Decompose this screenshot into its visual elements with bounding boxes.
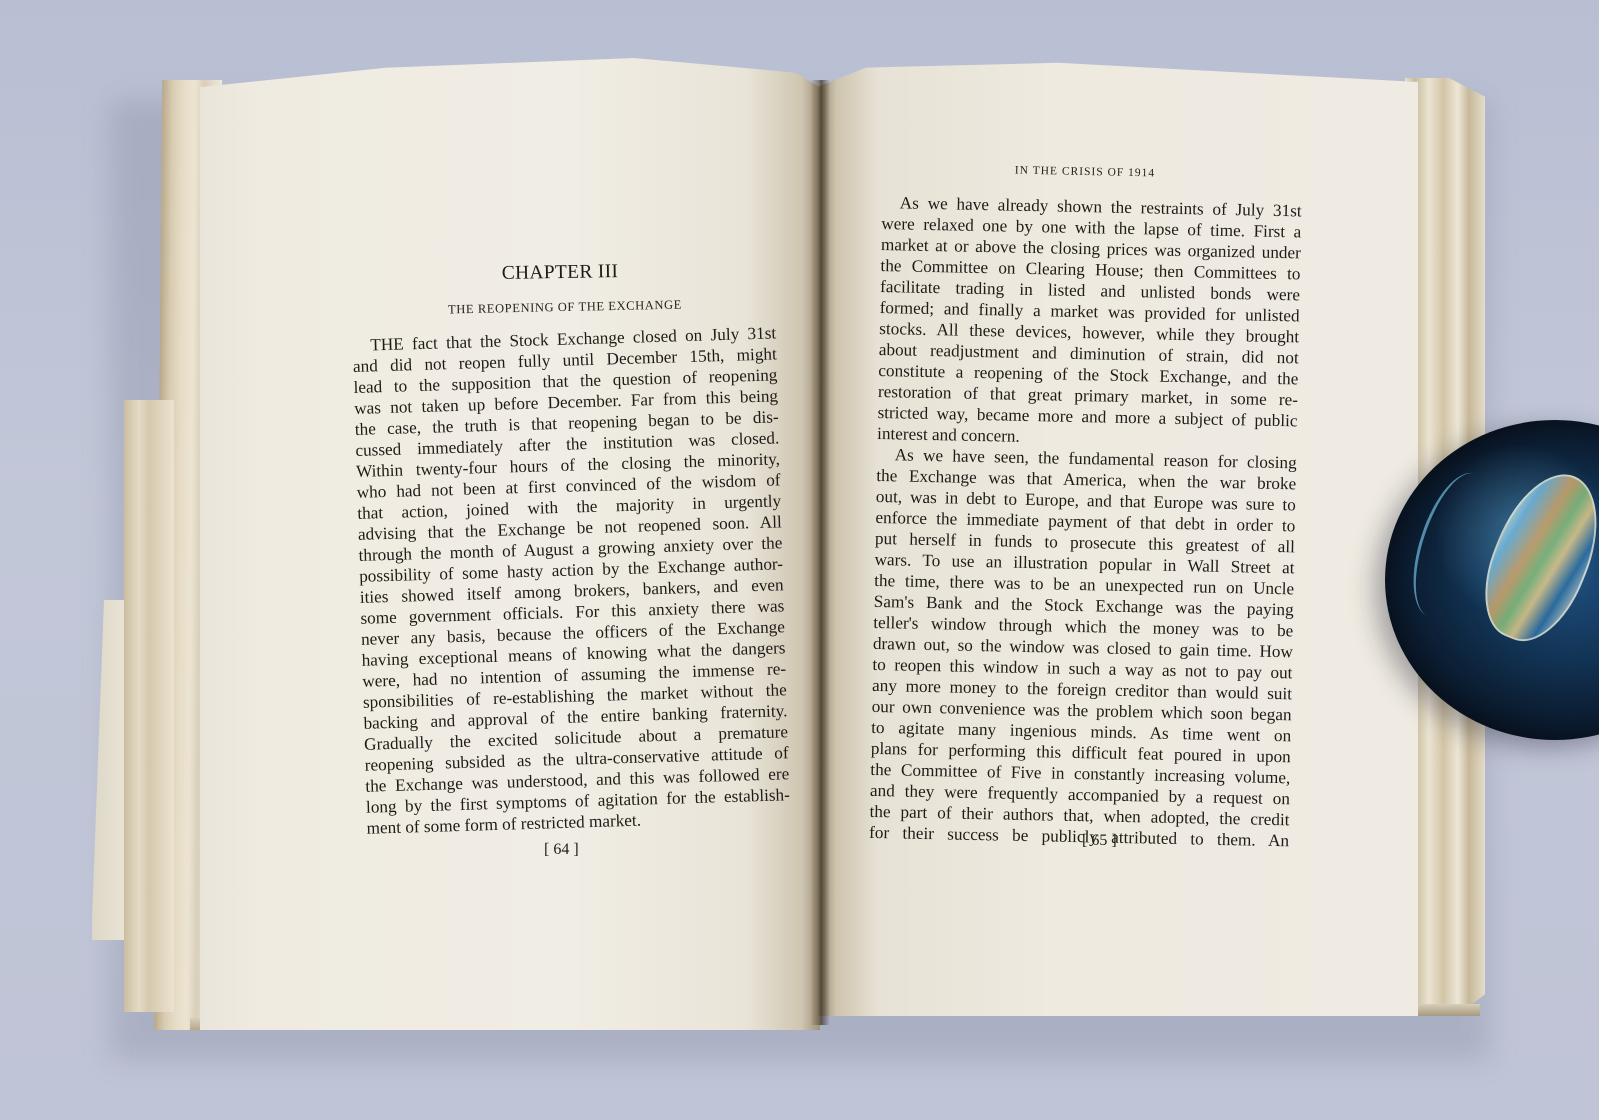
page-number-right: [ 65 ] <box>1082 832 1117 850</box>
right-page-body: As we have already shown the restraints … <box>869 192 1302 851</box>
page-number-left: [ 64 ] <box>544 841 579 859</box>
book-gutter <box>810 80 830 1025</box>
left-page-stack-lower <box>124 400 174 1012</box>
chapter-title: CHAPTER III <box>440 260 680 286</box>
left-page-body: THE fact that the Stock Exchange closed … <box>352 322 791 838</box>
